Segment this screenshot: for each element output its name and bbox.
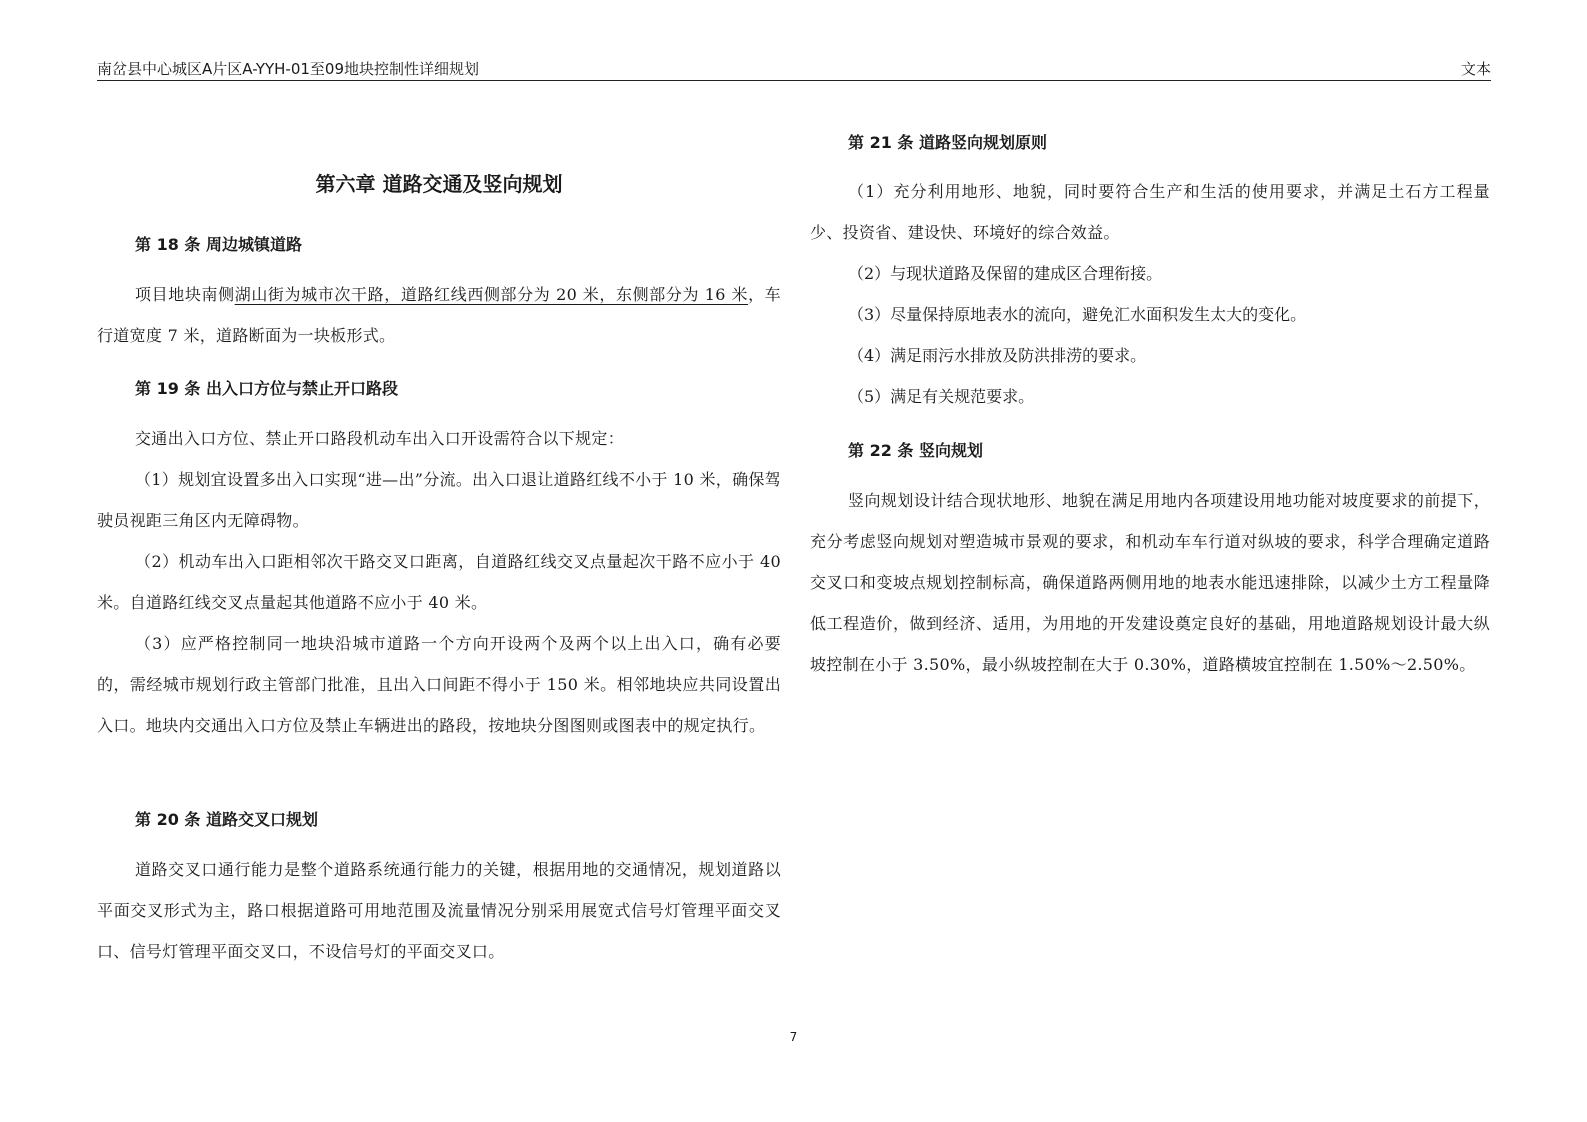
page-number: 7 [0, 1030, 1587, 1044]
article-22-body: 竖向规划设计结合现状地形、地貌在满足用地内各项建设用地功能对坡度要求的前提下，充… [810, 480, 1490, 685]
article-18-body: 项目地块南侧湖山街为城市次干路，道路红线西侧部分为 20 米，东侧部分为 16 … [97, 274, 781, 356]
document-type-label: 文本 [1461, 58, 1491, 79]
article-18-underlined-text: 湖山街为城市次干路，道路红线西侧部分为 20 米，东侧部分为 16 米 [235, 285, 748, 304]
article-18-heading: 第 18 条 周边城镇道路 [135, 232, 302, 255]
article-21-item-5: （5）满足有关规范要求。 [848, 376, 1034, 417]
article-21-item-4: （4）满足雨污水排放及防洪排涝的要求。 [848, 335, 1146, 376]
article-21-item-2: （2）与现状道路及保留的建成区合理衔接。 [848, 253, 1162, 294]
article-18-text-pre: 项目地块南侧 [135, 285, 235, 304]
article-22-heading: 第 22 条 竖向规划 [848, 438, 983, 461]
chapter-title: 第六章 道路交通及竖向规划 [97, 168, 781, 197]
article-19-item-2: （2）机动车出入口距相邻次干路交叉口距离，自道路红线交叉点量起次干路不应小于 4… [97, 541, 781, 623]
document-title: 南岔县中心城区A片区A-YYH-01至09地块控制性详细规划 [97, 58, 479, 79]
article-19-item-1: （1）规划宜设置多出入口实现“进—出”分流。出入口退让道路红线不小于 10 米，… [97, 459, 781, 541]
page-header: 南岔县中心城区A片区A-YYH-01至09地块控制性详细规划 文本 [97, 56, 1491, 81]
article-21-heading: 第 21 条 道路竖向规划原则 [848, 130, 1047, 153]
article-20-heading: 第 20 条 道路交叉口规划 [135, 807, 318, 830]
article-20-body: 道路交叉口通行能力是整个道路系统通行能力的关键，根据用地的交通情况，规划道路以平… [97, 849, 781, 972]
article-19-heading: 第 19 条 出入口方位与禁止开口路段 [135, 376, 398, 399]
article-19-item-3: （3）应严格控制同一地块沿城市道路一个方向开设两个及两个以上出入口，确有必要的，… [97, 623, 781, 746]
article-21-item-1: （1）充分利用地形、地貌，同时要符合生产和生活的使用要求，并满足土石方工程量少、… [810, 171, 1490, 253]
article-21-item-3: （3）尽量保持原地表水的流向，避免汇水面积发生太大的变化。 [848, 294, 1306, 335]
article-19-intro: 交通出入口方位、禁止开口路段机动车出入口开设需符合以下规定： [97, 418, 781, 459]
